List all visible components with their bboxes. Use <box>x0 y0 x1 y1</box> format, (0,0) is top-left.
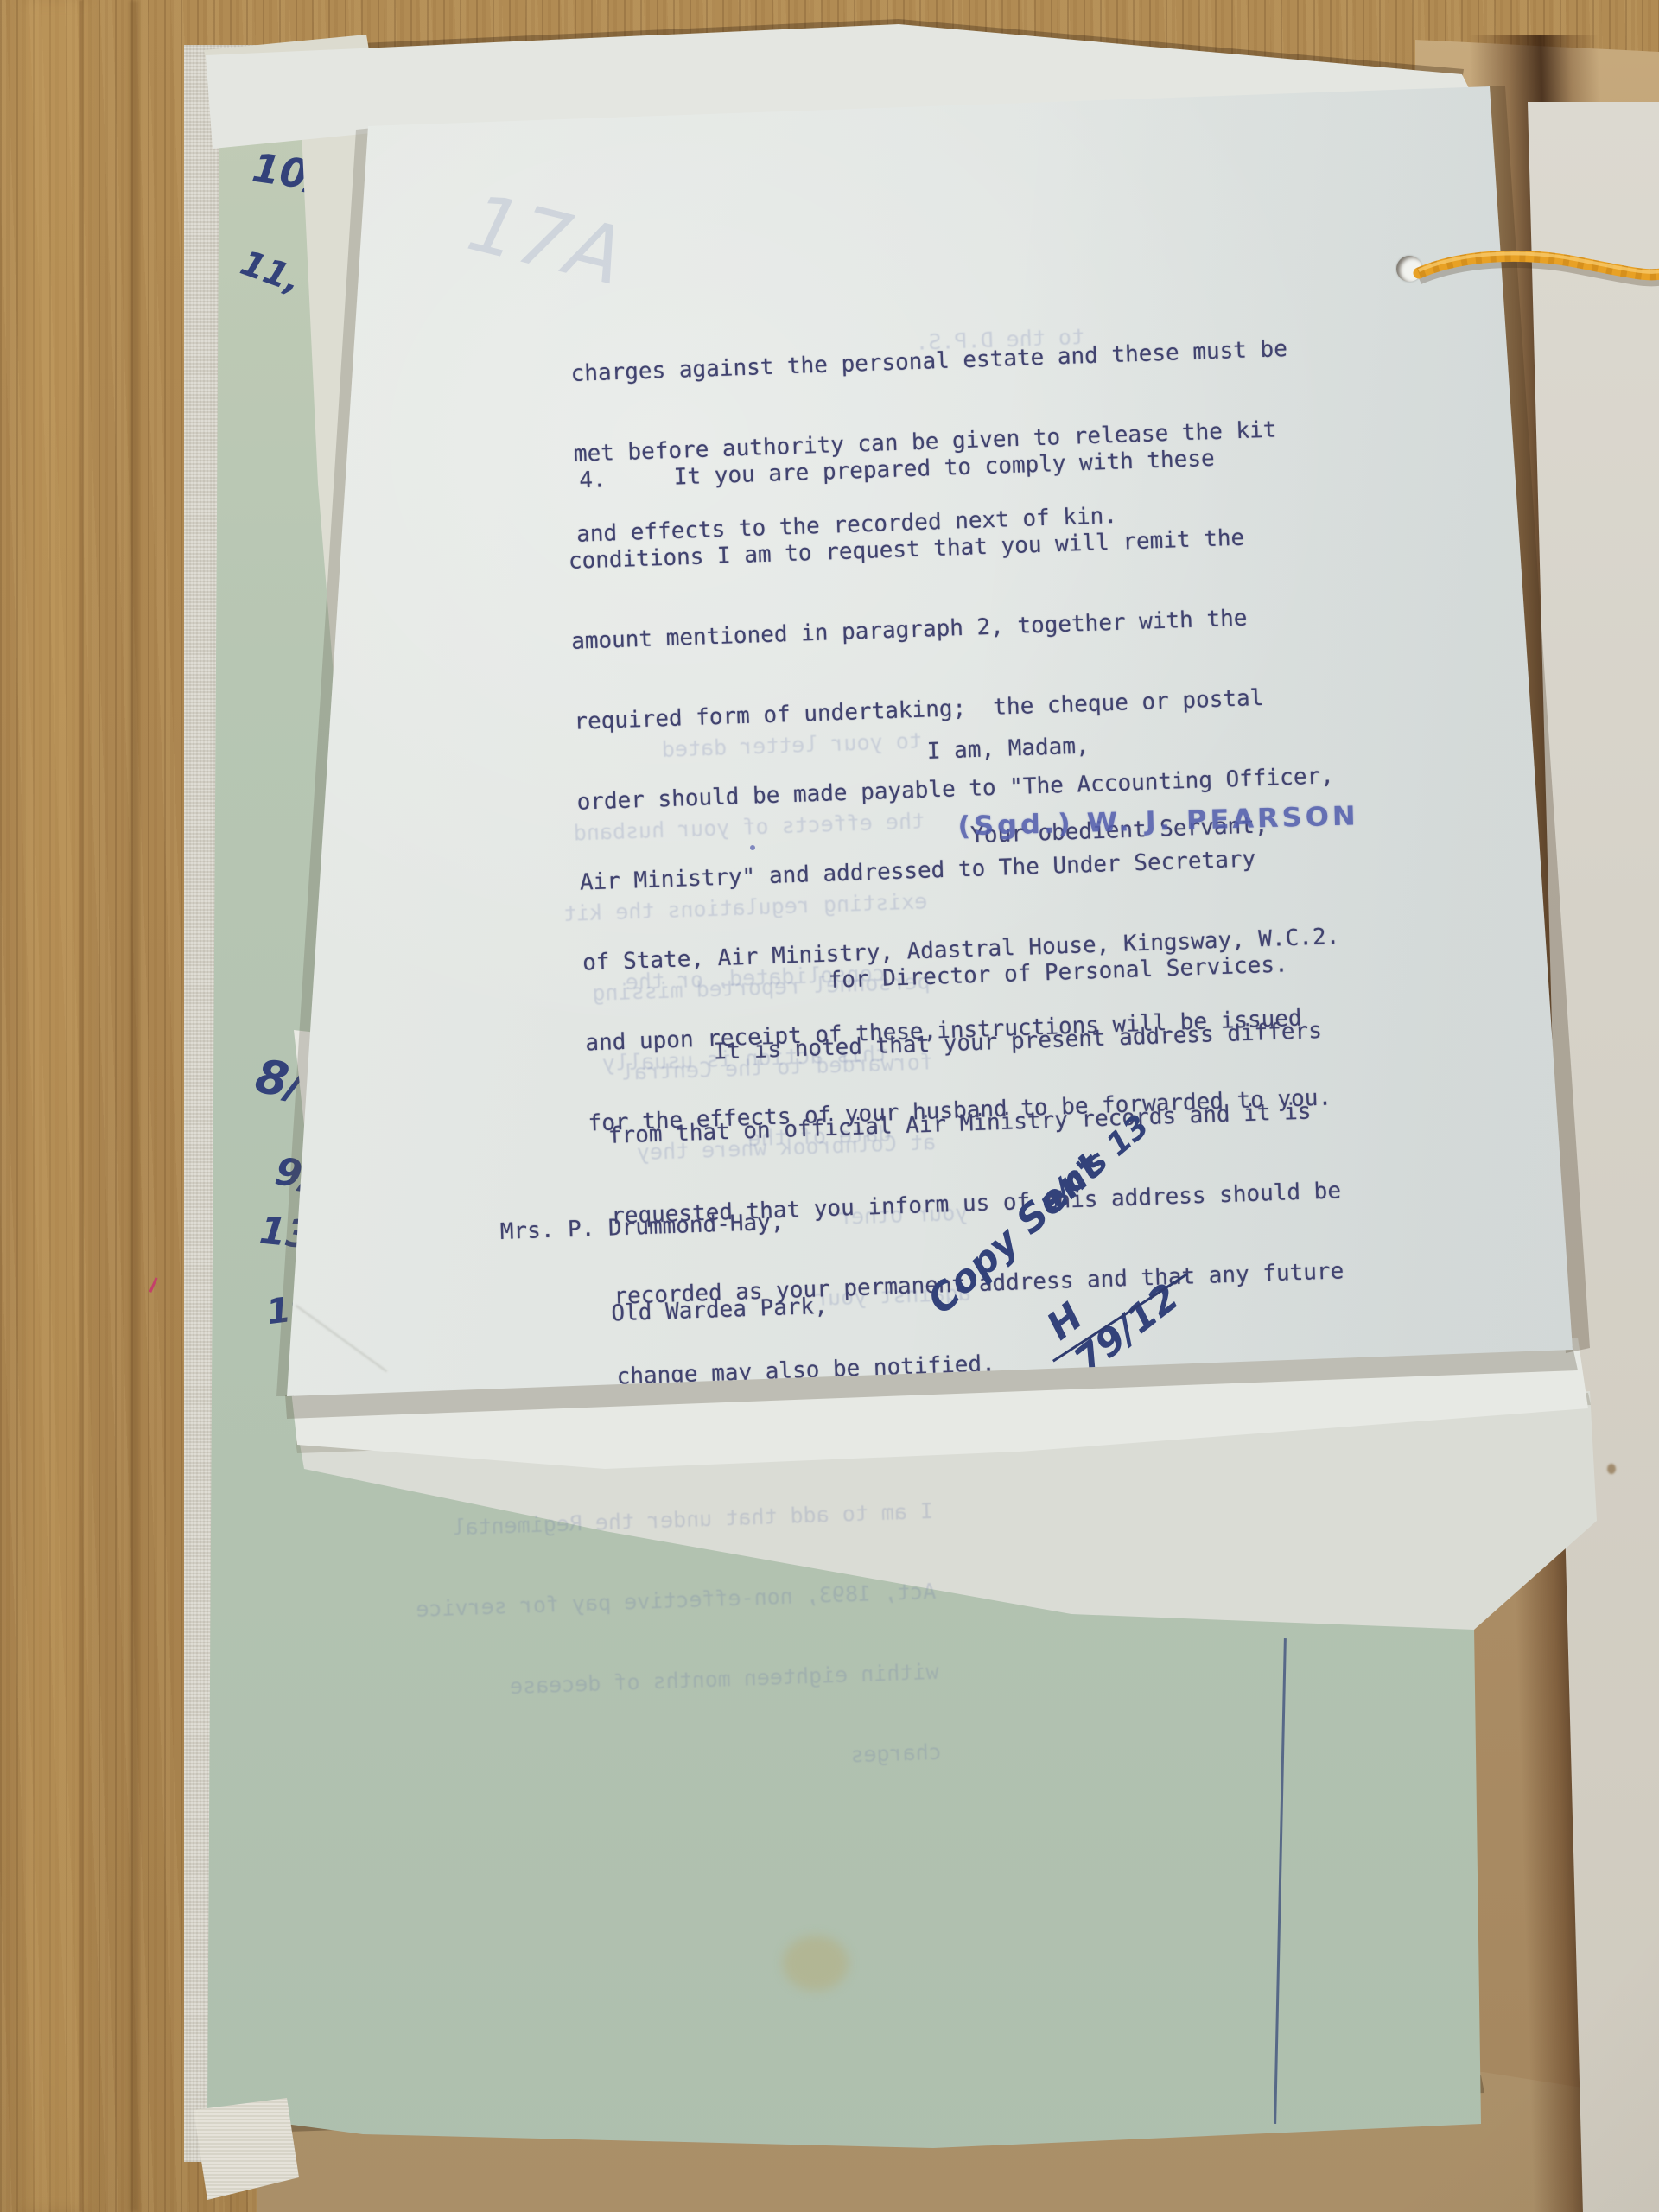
typed-line: I am, Madam, <box>926 726 1265 766</box>
wood-grain-streak <box>24 0 86 2212</box>
typed-line: charges against the personal estate and … <box>570 336 1287 388</box>
typed-line: from that on official Air Ministry recor… <box>607 1097 1338 1149</box>
bleedthrough-text: I am to add that under the Regimental Ac… <box>378 1444 944 1838</box>
paper-stain <box>783 1935 849 1991</box>
wood-grain-streak <box>79 0 83 2212</box>
typed-line: 4. It you are prepared to comply with th… <box>565 442 1323 495</box>
stain-speck <box>1607 1464 1616 1474</box>
typed-line: Mrs. P. Drummond-Hay, <box>499 1206 852 1247</box>
typed-line: conditions I am to request that you will… <box>568 522 1325 575</box>
typed-line: It is noted that your present address di… <box>605 1017 1336 1069</box>
ink-dot <box>750 845 755 850</box>
typed-line: Old Wardea Park, <box>503 1292 855 1332</box>
letter-closing: I am, Madam, Your obedient Servant, <box>925 669 1270 908</box>
wood-grain-streak <box>130 0 138 2212</box>
typed-line: amount mentioned in paragraph 2, togethe… <box>571 602 1329 656</box>
archive-photo: 10/ 11, 8/ 9/4/43 13/4/43 19-4-43 10.8. … <box>0 0 1659 2212</box>
treasury-tag-string <box>1407 235 1659 304</box>
